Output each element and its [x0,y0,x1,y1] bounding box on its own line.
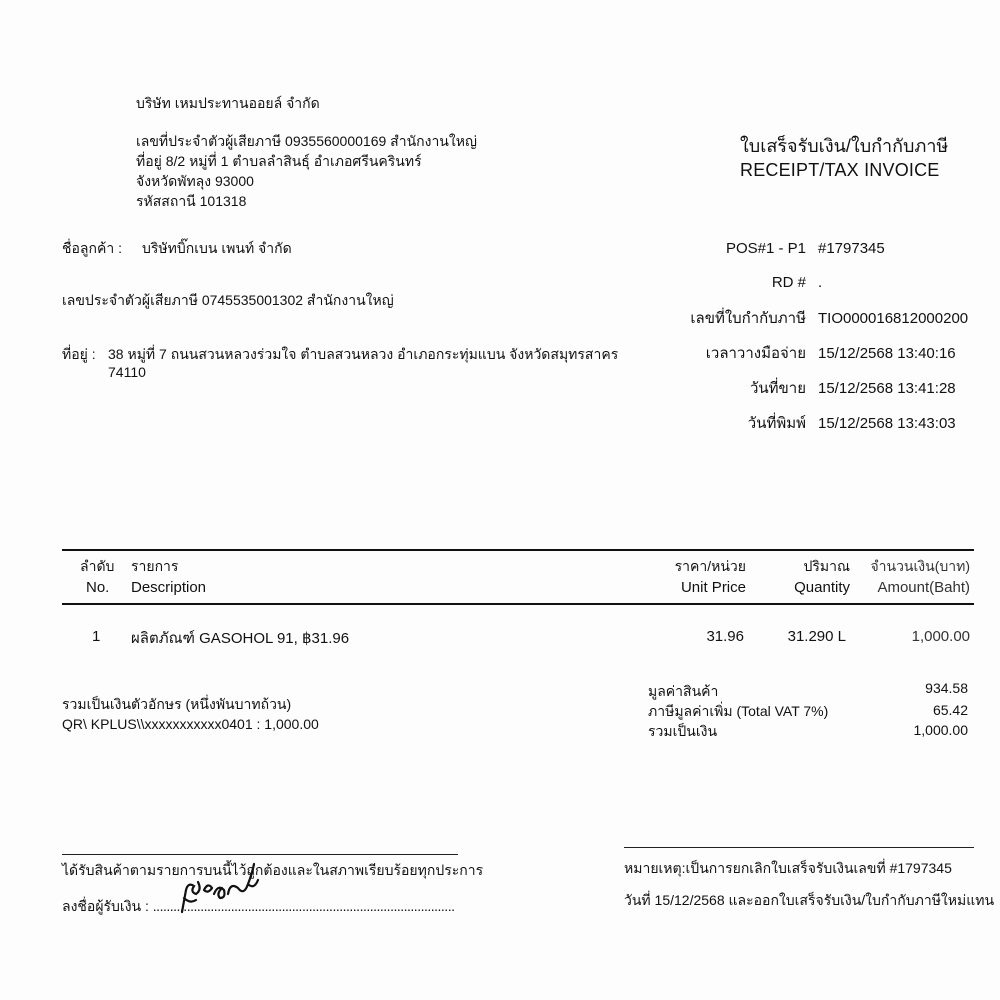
document-title-en: RECEIPT/TAX INVOICE [740,158,948,182]
meta-rd-value: . [818,272,822,293]
customer-name: บริษัทบิ๊กเบน เพนท์ จำกัด [142,238,292,258]
seller-address-line2: จังหวัดพัทลุง 93000 [136,171,477,191]
document-title-th: ใบเสร็จรับเงิน/ใบกำกับภาษี [740,134,948,158]
header-price-th: ราคา/หน่วย [675,556,746,576]
customer-tax-id: เลขประจำตัวผู้เสียภาษี 0745535001302 สำน… [62,290,394,310]
row-no: 1 [92,626,100,647]
customer-name-label: ชื่อลูกค้า : [62,238,122,258]
meta-sale-date-value: 15/12/2568 13:41:28 [818,378,956,399]
document-title: ใบเสร็จรับเงิน/ใบกำกับภาษี RECEIPT/TAX I… [740,134,948,182]
seller-station-code: รหัสสถานี 101318 [136,191,477,211]
handwritten-signature-icon [160,860,270,920]
remark-line2: วันที่ 15/12/2568 และออกใบเสร็จรับเงิน/ใ… [624,890,994,910]
header-desc-th: รายการ [131,556,178,576]
row-unit-price: 31.96 [706,626,744,647]
subtotal-value: 934.58 [925,678,968,698]
customer-address-line2: 74110 [108,362,146,382]
vat-value: 65.42 [933,700,968,720]
meta-pay-time-label: เวลาวางมือจ่าย [706,343,806,364]
header-no-th: ลำดับ [80,556,114,576]
meta-rd-label: RD # [772,272,806,293]
header-desc-en: Description [131,577,206,598]
footer-right-rule [624,847,974,848]
meta-tax-invoice-value: TIO000016812000200 [818,308,968,329]
amount-in-words: รวมเป็นเงินตัวอักษร (หนึ่งพันบาทถ้วน) [62,694,291,714]
seller-tax-id: เลขที่ประจำตัวผู้เสียภาษี 0935560000169 … [136,131,477,151]
row-description: ผลิตภัณฑ์ GASOHOL 91, ฿31.96 [131,628,349,649]
table-top-rule [62,549,974,551]
seller-address-line1: ที่อยู่ 8/2 หมู่ที่ 1 ตำบลลำสินธุ์ อำเภอ… [136,151,477,171]
row-amount: 1,000.00 [912,626,970,647]
customer-address-label: ที่อยู่ : [62,344,96,364]
seller-block: บริษัท เหมประทานออยล์ จำกัด เลขที่ประจำต… [136,93,477,211]
subtotal-label: มูลค่าสินค้า [648,681,718,701]
meta-pos-label: POS#1 - P1 [726,238,806,259]
vat-label: ภาษีมูลค่าเพิ่ม (Total VAT 7%) [648,701,828,721]
meta-print-date-value: 15/12/2568 13:43:03 [818,413,956,434]
received-statement: ได้รับสินค้าตามรายการบนนี้ไว้ถูกต้องและใ… [62,860,483,880]
table-header-rule [62,603,974,605]
header-no-en: No. [86,577,109,598]
header-qty-en: Quantity [794,577,850,598]
meta-print-date-label: วันที่พิมพ์ [748,413,806,434]
meta-pay-time-value: 15/12/2568 13:40:16 [818,343,956,364]
row-quantity: 31.290 L [788,626,846,647]
signature-label: ลงชื่อผู้รับเงิน : [62,898,153,914]
header-amount-th: จำนวนเงิน(บาท) [870,556,970,576]
header-amount-en: Amount(Baht) [877,577,970,598]
total-label: รวมเป็นเงิน [648,721,717,741]
remark-line1: หมายเหตุ:เป็นการยกเลิกใบเสร็จรับเงินเลขท… [624,858,952,878]
footer-left-rule [62,854,458,855]
meta-sale-date-label: วันที่ขาย [750,378,806,399]
payment-method: QR\ KPLUS\\xxxxxxxxxxx0401 : 1,000.00 [62,714,319,734]
meta-pos-value: #1797345 [818,238,885,259]
customer-address-line1: 38 หมู่ที่ 7 ถนนสวนหลวงร่วมใจ ตำบลสวนหลว… [108,344,618,364]
seller-name: บริษัท เหมประทานออยล์ จำกัด [136,93,477,113]
header-price-en: Unit Price [681,577,746,598]
header-qty-th: ปริมาณ [804,556,850,576]
total-value: 1,000.00 [914,720,969,740]
meta-tax-invoice-label: เลขที่ใบกำกับภาษี [690,308,806,329]
